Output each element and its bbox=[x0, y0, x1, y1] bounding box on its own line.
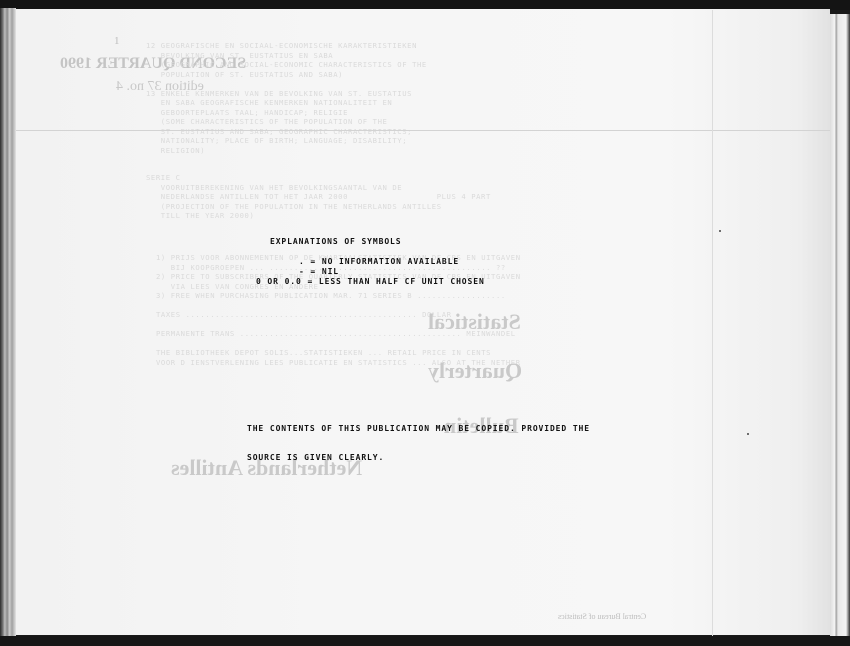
page-fold-line-horizontal bbox=[16, 130, 830, 131]
bleed-page-number: 1 bbox=[114, 35, 120, 47]
book-page-edges-left bbox=[0, 8, 16, 636]
bleed-footer-publisher: Central Bureau of Statistics bbox=[558, 612, 646, 621]
scan-speck bbox=[719, 230, 721, 232]
scan-bottom-border bbox=[0, 636, 850, 646]
bleed-cover-title-quarterly: Quarterly bbox=[428, 358, 522, 384]
document-page: 1 SECOND QUARTER 1990 edition 37 no. 4 1… bbox=[16, 9, 830, 635]
symbol-row-less-than-half: 0 OR 0.0 = LESS THAN HALF CF UNIT CHOSEN bbox=[256, 277, 485, 288]
book-page-edges-right bbox=[830, 14, 850, 636]
bleed-text-top: 12 GEOGRAFISCHE EN SOCIAAL-ECONOMISCHE K… bbox=[146, 41, 427, 155]
scan-speck bbox=[747, 433, 749, 435]
bleed-cover-title-statistical: Statistical bbox=[428, 309, 521, 335]
page-fold-line-vertical bbox=[712, 10, 713, 636]
bleed-text-series: SERIE C VOORUITBEREKENING VAN HET BEVOLK… bbox=[146, 173, 491, 221]
explanations-title: EXPLANATIONS OF SYMBOLS bbox=[270, 237, 401, 248]
symbol-row-no-information: . = NO INFORMATION AVAILABLE bbox=[299, 257, 459, 268]
copyright-notice-line-1: THE CONTENTS OF THIS PUBLICATION MAY BE … bbox=[247, 424, 590, 434]
copyright-notice: THE CONTENTS OF THIS PUBLICATION MAY BE … bbox=[247, 405, 590, 481]
symbol-row-nil: - = NIL bbox=[299, 267, 339, 278]
copyright-notice-line-2: SOURCE IS GIVEN CLEARLY. bbox=[247, 453, 590, 463]
